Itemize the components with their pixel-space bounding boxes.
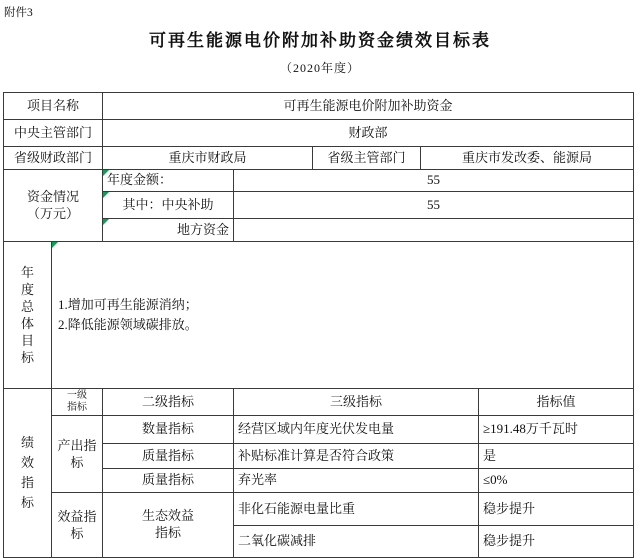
indicator-level3-cell: 弃光率 [234, 469, 479, 493]
cell-error-marker [103, 170, 109, 176]
provincial-dept-value: 重庆市发改委、能源局 [421, 147, 634, 170]
performance-section-label: 绩效指标 [4, 389, 52, 558]
cell-error-marker [52, 242, 58, 248]
group-eco-benefit-indicators: 生态效益 指标 [103, 493, 234, 558]
local-funds-value [234, 219, 634, 242]
indicator-level2-cell: 质量指标 [103, 469, 234, 493]
funds-section-label: 资金情况 （万元） [4, 170, 103, 242]
annual-amount-value: 55 [234, 170, 634, 192]
annual-amount-label: 年度金额： [103, 170, 234, 192]
central-subsidy-value: 55 [234, 192, 634, 219]
indicator-level3-cell: 经营区域内年度光伏发电量 [234, 416, 479, 444]
central-dept-value: 财政部 [103, 120, 634, 147]
project-name-label: 项目名称 [4, 93, 103, 120]
indicator-level3-cell: 补贴标准计算是否符合政策 [234, 444, 479, 469]
provincial-dept-label: 省级主管部门 [313, 147, 421, 170]
indicator-value-cell: 是 [479, 444, 634, 469]
local-funds-label: 地方资金 [103, 219, 234, 242]
cell-error-marker [103, 192, 109, 198]
indicator-value-cell: 稳步提升 [479, 526, 634, 558]
indicator-level2-cell: 数量指标 [103, 416, 234, 444]
group-output-indicators: 产出指标 [52, 416, 103, 493]
header-indicator-value: 指标值 [479, 389, 634, 416]
central-dept-label: 中央主管部门 [4, 120, 103, 147]
indicator-value-cell: ≤0% [479, 469, 634, 493]
document-title: 可再生能源电价附加补助资金绩效目标表 [0, 26, 640, 51]
indicator-value-cell: ≥191.48万千瓦时 [479, 416, 634, 444]
annual-goal-label: 年度总体目标 [4, 242, 52, 389]
document-subtitle: （2020年度） [0, 59, 640, 76]
header-level3: 三级指标 [234, 389, 479, 416]
project-name-value: 可再生能源电价附加补助资金 [103, 93, 634, 120]
header-level1: 一级 指标 [52, 389, 103, 416]
group-benefit-indicators: 效益指标 [52, 493, 103, 558]
header-level2: 二级指标 [103, 389, 234, 416]
document-page: 附件3 可再生能源电价附加补助资金绩效目标表 （2020年度） 项目名称 可再生… [0, 0, 640, 558]
provincial-finance-value: 重庆市财政局 [103, 147, 313, 170]
indicator-level2-cell: 质量指标 [103, 444, 234, 469]
annual-goal-content: 1.增加可再生能源消纳； 2.降低能源领域碳排放。 [52, 242, 634, 389]
indicator-level3-cell: 二氧化碳减排 [234, 526, 479, 558]
indicator-value-cell: 稳步提升 [479, 493, 634, 526]
indicator-level3-cell: 非化石能源电量比重 [234, 493, 479, 526]
cell-error-marker [103, 219, 109, 225]
central-subsidy-label: 其中：中央补助 [103, 192, 234, 219]
performance-target-table: 项目名称 可再生能源电价附加补助资金 中央主管部门 财政部 省级财政部门 重庆市… [3, 92, 634, 558]
attachment-label: 附件3 [4, 4, 33, 20]
provincial-finance-label: 省级财政部门 [4, 147, 103, 170]
